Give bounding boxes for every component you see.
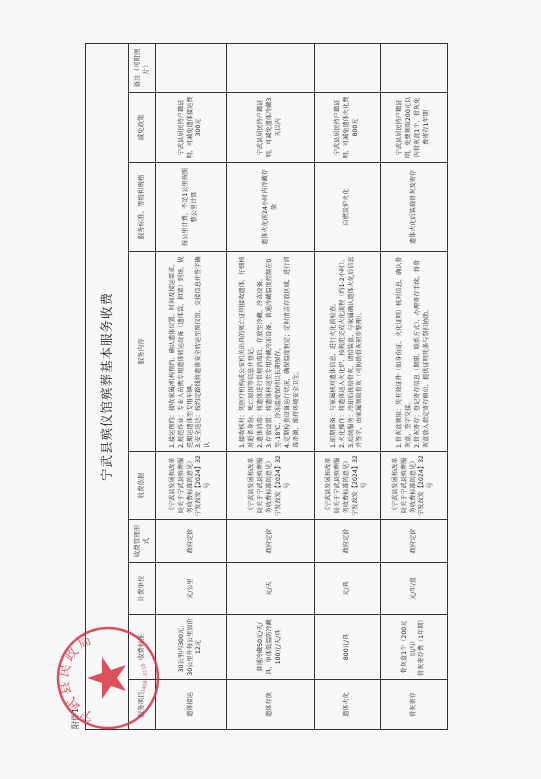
cell-basis: 《宁武县发展和改革局关于宁武县殡葬服务收费标准的意见》宁发改发【2024】32号 [227,452,315,520]
table-title: 宁武县殡仪馆殡葬基本服务收费 [86,43,129,729]
content-line: 1.前期准备：与家属核对遗体信息，进行火化前检查。 [330,255,339,448]
cell-item: 骨灰寄存 [381,680,448,730]
fee-table: 宁武县殡仪馆殡葬基本服务收费 服务项目 收费标准 计费单位 收费管理形式 收费依… [85,43,448,730]
content-line: 3.后续服务：冷却后拣拾骨灰，请拾装盒，与家属确认遗体火化后信息并签字，由家属领… [348,255,366,448]
cell-standard: 骨灰盒1个（200元以内） 骨灰寄存费（1年期） [381,615,448,680]
cell-basis: 《宁武县发展和改革局关于宁武县殡葬服务收费标准的意见》宁发改发【2024】32号 [156,452,227,520]
content-line: 3.安全送达：按约定路线将遗体安全转运至殡仪馆，交接信息并签字确认 [195,255,213,448]
table-row: 遗体火化 800元/具 元/具 政府定价 《宁武县发展和改革局关于宁武县殡葬服务… [315,43,381,729]
cell-remark [156,43,227,92]
header-billing-unit: 计费单位 [129,563,156,615]
table-row: 遗体存放 普通冷藏50元/天/具，单体低温防冷藏100元/天/具 元/天 政府定… [227,43,315,729]
cell-policy: 宁武县居民持户籍证明，可减免遗体接运费300元 [156,93,227,163]
header-fee-standard: 收费标准 [129,615,156,680]
cell-management: 政府定价 [381,520,448,563]
cell-remark [227,43,315,92]
cell-policy: 宁武县居民持户籍证明，可减免遗体冷藏3天以内 [227,93,315,163]
cell-management: 政府定价 [227,520,315,563]
content-line: 4.定期检查设备运行状况，确保温度恒定；定时清洁存放区域，进行消毒杀菌，维持环境… [284,255,302,448]
attachment-label: 附件1： [70,700,81,729]
header-row: 服务项目 收费标准 计费单位 收费管理形式 收费依据 服务内容 服务标准、等级和… [129,43,156,729]
cell-management: 政府定价 [156,520,227,563]
table-row: 遗体接运 30公里内300元，30公里外每公里加价12元 元/公里 政府定价 《… [156,43,227,729]
cell-spec: 按公里计费，不足1公里按照整公里计算 [156,163,227,252]
cell-basis: 《宁武县发展和改革局关于宁武县殡葬服务收费标准的意见》宁发改发【2024】32号 [315,452,381,520]
content-line: 3.存放设置：将遗体移送至专用冷藏冷冻设备，普通冷藏温度控制在0至-18℃，冷冻… [266,255,284,448]
cell-item: 遗体存放 [227,680,315,730]
header-remark: 备注（可附图片） [129,43,156,92]
content-line: 2.规范作业：专业人员携专用遗体转运设备（遗体袋、担架）到场，规范搬运遗体至专用… [178,255,196,448]
cell-content: 1.骨灰盒领取：凭有效证件（如身份证、火化证明）核对信息，确认骨灰盒，签字交接。… [381,252,448,452]
table-row: 骨灰寄存 骨灰盒1个（200元以内） 骨灰寄存费（1年期） 元/年/盒 政府定价… [381,43,448,729]
cell-policy: 宁武县居民持户籍证明，可减免遗体火化费800元 [315,93,381,163]
header-fee-basis: 收费依据 [129,452,156,520]
cell-content: 1.前期准备：与家属核对遗体信息，进行火化前检查。 2.火化操作：将遗体送入火化… [315,252,381,452]
cell-standard: 普通冷藏50元/天/具，单体低温防冷藏100元/天/具 [227,615,315,680]
content-line: 1.骨灰盒领取：凭有效证件（如身份证、火化证明）核对信息，确认骨灰盒，签字交接。 [396,255,414,448]
cell-item: 遗体火化 [315,680,381,730]
cell-standard: 30公里内300元，30公里外每公里加价12元 [156,615,227,680]
cell-content: 1.接运预约：接收家属/机构预约，确认遗体位置、时间及接运需求。 2.规范作业：… [156,252,227,452]
content-line: 1.接运预约：接收家属/机构预约，确认遗体位置、时间及接运需求。 [169,255,178,448]
content-line: 1.接收核对：凭医疗机构或公安机关出具的死亡证明接收遗体，仔细核对逝者身份、死亡… [239,255,257,448]
header-reduction-policy: 减免政策 [129,93,156,163]
content-line: 2.火化操作：将遗体送入火化炉，按规范完成火化流程（约1-2小时）。 [339,255,348,448]
cell-unit: 元/公里 [156,563,227,615]
cell-policy: 宁武县居民持户籍证明，免费领取200元以内骨灰盒1个，骨灰免费寄存1年期 [381,93,448,163]
content-line: 2.遗体消毒：将遗体进行常规消毒后，存放至冷藏、冷冻设备。 [257,255,266,448]
document-page: 附件1： 宁武县殡仪馆殡葬基本服务收费 服务项目 收费标准 计费单位 收费管理形… [0,0,541,779]
cell-spec: 自燃炭炉火化 [315,163,381,252]
header-service-item: 服务项目 [129,680,156,730]
cell-unit: 元/天 [227,563,315,615]
cell-remark [381,43,448,92]
header-service-spec: 服务标准、等级和规格 [129,163,156,252]
cell-standard: 800元/具 [315,615,381,680]
cell-content: 1.接收核对：凭医疗机构或公安机关出具的死亡证明接收遗体，仔细核对逝者身份、死亡… [227,252,315,452]
cell-basis: 《宁武县发展和改革局关于宁武县殡葬服务收费标准的意见》宁发改发【2024】32号 [381,452,448,520]
content-line: 2.骨灰寄存：登记寄存信息（期限、联系方式），办理寄存手续，将骨灰盒放入指定寄存… [414,255,432,448]
cell-spec: 遗体火化后装载骨灰及寄存 [381,163,448,252]
header-service-content: 服务内容 [129,252,156,452]
cell-remark [315,43,381,92]
cell-unit: 元/年/盒 [381,563,448,615]
cell-management: 政府定价 [315,520,381,563]
cell-spec: 遗体火化前24小时内冷藏存放 [227,163,315,252]
header-management-form: 收费管理形式 [129,520,156,563]
cell-unit: 元/具 [315,563,381,615]
cell-item: 遗体接运 [156,680,227,730]
